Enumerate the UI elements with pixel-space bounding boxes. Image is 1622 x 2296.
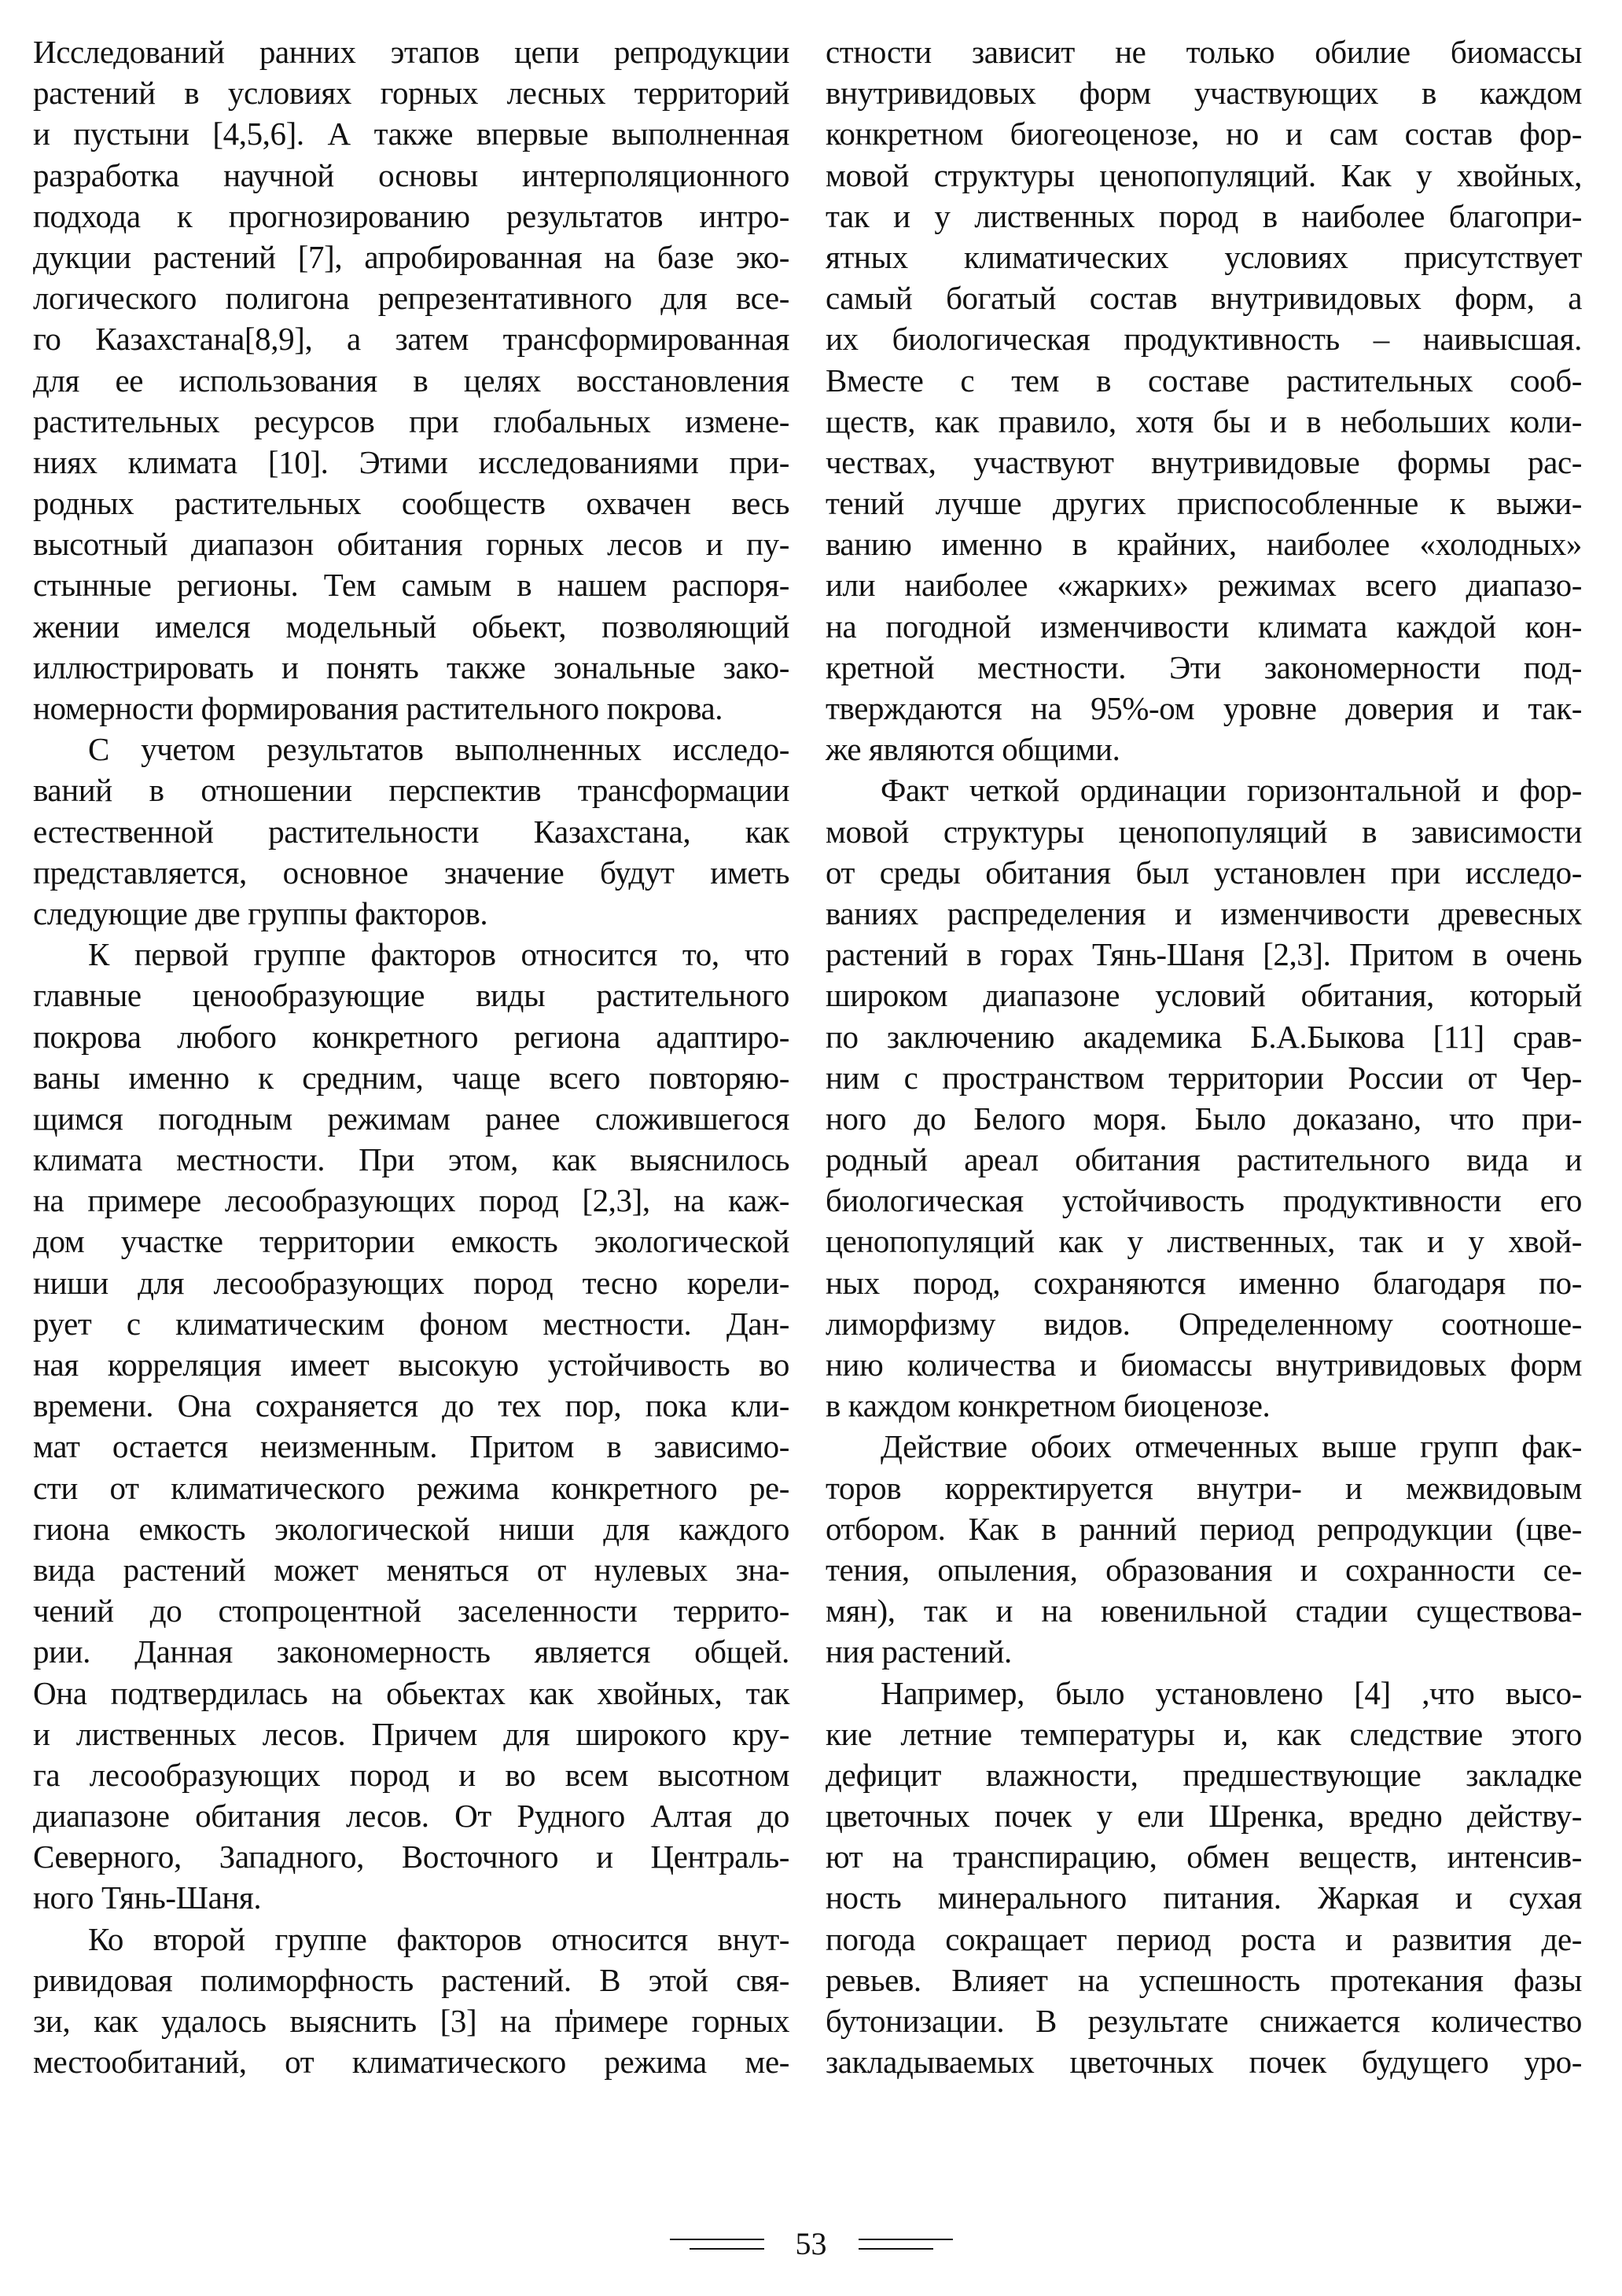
text-line: рует с климатическим фоном местности. Да…: [33, 1303, 789, 1344]
text-line: бутонизации. В результате снижается коли…: [826, 2000, 1582, 2041]
text-line: тверждаются на 95%-ом уровне доверия и т…: [826, 688, 1582, 729]
text-line: разработка научной основы интерполяционн…: [33, 155, 789, 196]
text-line: ваны именно к средним, чаще всего повтор…: [33, 1057, 789, 1098]
text-line: Она подтвердилась на обьектах как хвойны…: [33, 1673, 789, 1714]
text-line: жении имелся модельный обьект, позволяющ…: [33, 606, 789, 647]
text-line: зи, как удалось выяснить [3] на примере …: [33, 2000, 789, 2041]
text-line: ность минерального питания. Жаркая и сух…: [826, 1877, 1582, 1918]
text-line: на примере лесообразующих пород [2,3], н…: [33, 1180, 789, 1221]
text-line: чений до стопроцентной заселенности терр…: [33, 1590, 789, 1631]
text-line: лиморфизму видов. Определенному соотноше…: [826, 1303, 1582, 1344]
text-line: и пустыни [4,5,6]. А также впервые выпол…: [33, 113, 789, 154]
text-line: ценопопуляций как у лиственных, так и у …: [826, 1221, 1582, 1262]
text-line: дом участке территории емкость экологиче…: [33, 1221, 789, 1262]
text-line: стности зависит не только обилие биомасс…: [826, 31, 1582, 72]
text-line: гиона емкость экологической ниши для каж…: [33, 1508, 789, 1549]
text-line: климата местности. При этом, как выяснил…: [33, 1139, 789, 1180]
text-line: естественной растительности Казахстана, …: [33, 811, 789, 852]
paragraph-first-line: С учетом результатов выполненных исследо…: [33, 729, 789, 770]
text-line: нию количества и биомассы внутривидовых …: [826, 1344, 1582, 1385]
text-line: го Казахстана[8,9], а затем трансформиро…: [33, 318, 789, 359]
text-line: растений в горах Тянь-Шаня [2,3]. Притом…: [826, 934, 1582, 975]
text-line: покрова любого конкретного региона адапт…: [33, 1016, 789, 1057]
text-line: их биологическая продуктивность – наивыс…: [826, 318, 1582, 359]
text-line: Северного, Западного, Восточного и Центр…: [33, 1836, 789, 1877]
text-line: номерности формирования растительного по…: [33, 688, 789, 729]
text-line: времени. Она сохраняется до тех пор, пок…: [33, 1385, 789, 1426]
text-line: растительных ресурсов при глобальных изм…: [33, 401, 789, 442]
document-page: Исследований ранних этапов цепи репродук…: [0, 0, 1622, 2296]
text-line: дефицит влажности, предшествующие заклад…: [826, 1754, 1582, 1795]
paragraph-first-line: Факт четкой ординации горизонтальной и ф…: [826, 770, 1582, 810]
text-line: торов корректируется внутри- и межвидовы…: [826, 1468, 1582, 1508]
text-line: кие летние температуры и, как следствие …: [826, 1714, 1582, 1754]
text-column-right: стности зависит не только обилие биомасс…: [826, 31, 1582, 2082]
text-line: биологическая устойчивость продуктивност…: [826, 1180, 1582, 1221]
text-line: в каждом конкретном биоценозе.: [826, 1385, 1582, 1426]
text-line: ных пород, сохраняются именно благодаря …: [826, 1262, 1582, 1303]
text-line: или наиболее «жарких» режимах всего диап…: [826, 564, 1582, 605]
text-line: внутривидовых форм участвующих в каждом: [826, 72, 1582, 113]
text-line: ния растений.: [826, 1631, 1582, 1672]
text-line: растений в условиях горных лесных террит…: [33, 72, 789, 113]
paragraph-first-line: Ко второй группе факторов относится внут…: [33, 1919, 789, 1960]
text-line: ного до Белого моря. Было доказано, что …: [826, 1098, 1582, 1139]
text-line: родных растительных сообществ охвачен ве…: [33, 483, 789, 523]
text-line: для ее использования в целях восстановле…: [33, 360, 789, 401]
text-line: представляется, основное значение будут …: [33, 852, 789, 893]
text-line: главные ценообразующие виды растительног…: [33, 975, 789, 1016]
text-line: стынные регионы. Тем самым в нашем распо…: [33, 564, 789, 605]
text-line: ним с пространством территории России от…: [826, 1057, 1582, 1098]
text-line: отбором. Как в ранний период репродукции…: [826, 1508, 1582, 1549]
scan-speck: [570, 2009, 572, 2015]
text-line: сти от климатического режима конкретного…: [33, 1468, 789, 1508]
text-line: самый богатый состав внутривидовых форм,…: [826, 277, 1582, 318]
text-line: кретной местности. Эти закономерности по…: [826, 647, 1582, 688]
footer-rule-left: [670, 2239, 764, 2250]
text-line: ют на транспирацию, обмен веществ, интен…: [826, 1836, 1582, 1877]
text-line: ного Тянь-Шаня.: [33, 1877, 789, 1918]
text-line: ятных климатических условиях присутствуе…: [826, 237, 1582, 277]
paragraph-first-line: Например, было установлено [4] ,что высо…: [826, 1673, 1582, 1714]
text-line: закладываемых цветочных почек будущего у…: [826, 2041, 1582, 2082]
text-line: высотный диапазон обитания горных лесов …: [33, 523, 789, 564]
text-line: мян), так и на ювенильной стадии существ…: [826, 1590, 1582, 1631]
text-line: ревьев. Влияет на успешность протекания …: [826, 1960, 1582, 2000]
text-line: чествах, участвуют внутривидовые формы р…: [826, 442, 1582, 483]
text-line: ниши для лесообразующих пород тесно коре…: [33, 1262, 789, 1303]
text-line: ществ, как правило, хотя бы и в небольши…: [826, 401, 1582, 442]
text-line: мат остается неизменным. Притом в зависи…: [33, 1426, 789, 1467]
text-line: ваний в отношении перспектив трансформац…: [33, 770, 789, 810]
text-line: на погодной изменчивости климата каждой …: [826, 606, 1582, 647]
text-line: тений лучше других приспособленные к выж…: [826, 483, 1582, 523]
text-line: мовой структуры ценопопуляций. Как у хво…: [826, 155, 1582, 196]
footer-rule-right: [859, 2239, 953, 2250]
text-line: Исследований ранних этапов цепи репродук…: [33, 31, 789, 72]
page-footer: 53: [0, 2221, 1622, 2268]
text-column-left: Исследований ранних этапов цепи репродук…: [33, 31, 789, 2082]
paragraph-first-line: К первой группе факторов относится то, ч…: [33, 934, 789, 975]
paragraph-first-line: Действие обоих отмеченных выше групп фак…: [826, 1426, 1582, 1467]
text-line: и лиственных лесов. Причем для широкого …: [33, 1714, 789, 1754]
text-line: же являются общими.: [826, 729, 1582, 770]
text-line: ниях климата [10]. Этими исследованиями …: [33, 442, 789, 483]
text-line: от среды обитания был установлен при исс…: [826, 852, 1582, 893]
text-line: ванию именно в крайних, наиболее «холодн…: [826, 523, 1582, 564]
text-line: конкретном биогеоценозе, но и сам состав…: [826, 113, 1582, 154]
text-line: цветочных почек у ели Шренка, вредно дей…: [826, 1795, 1582, 1836]
text-line: широком диапазоне условий обитания, кото…: [826, 975, 1582, 1016]
text-line: ваниях распределения и изменчивости древ…: [826, 893, 1582, 934]
text-line: Вместе с тем в составе растительных сооб…: [826, 360, 1582, 401]
page-number: 53: [796, 2228, 827, 2260]
text-line: иллюстрировать и понять также зональные …: [33, 647, 789, 688]
text-line: местообитаний, от климатического режима …: [33, 2041, 789, 2082]
text-line: диапазоне обитания лесов. От Рудного Алт…: [33, 1795, 789, 1836]
text-line: ривидовая полиморфность растений. В этой…: [33, 1960, 789, 2000]
text-line: так и у лиственных пород в наиболее благ…: [826, 196, 1582, 237]
text-line: погода сокращает период роста и развития…: [826, 1919, 1582, 1960]
text-line: родный ареал обитания растительного вида…: [826, 1139, 1582, 1180]
text-line: по заключению академика Б.А.Быкова [11] …: [826, 1016, 1582, 1057]
text-line: следующие две группы факторов.: [33, 893, 789, 934]
text-line: ная корреляция имеет высокую устойчивост…: [33, 1344, 789, 1385]
text-line: дукции растений [7], апробированная на б…: [33, 237, 789, 277]
text-line: рии. Данная закономерность является обще…: [33, 1631, 789, 1672]
text-line: тения, опыления, образования и сохраннос…: [826, 1549, 1582, 1590]
text-line: мовой структуры ценопопуляций в зависимо…: [826, 811, 1582, 852]
text-line: щимся погодным режимам ранее сложившегос…: [33, 1098, 789, 1139]
text-line: вида растений может меняться от нулевых …: [33, 1549, 789, 1590]
text-line: подхода к прогнозированию результатов ин…: [33, 196, 789, 237]
text-line: логического полигона репрезентативного д…: [33, 277, 789, 318]
text-line: га лесообразующих пород и во всем высотн…: [33, 1754, 789, 1795]
